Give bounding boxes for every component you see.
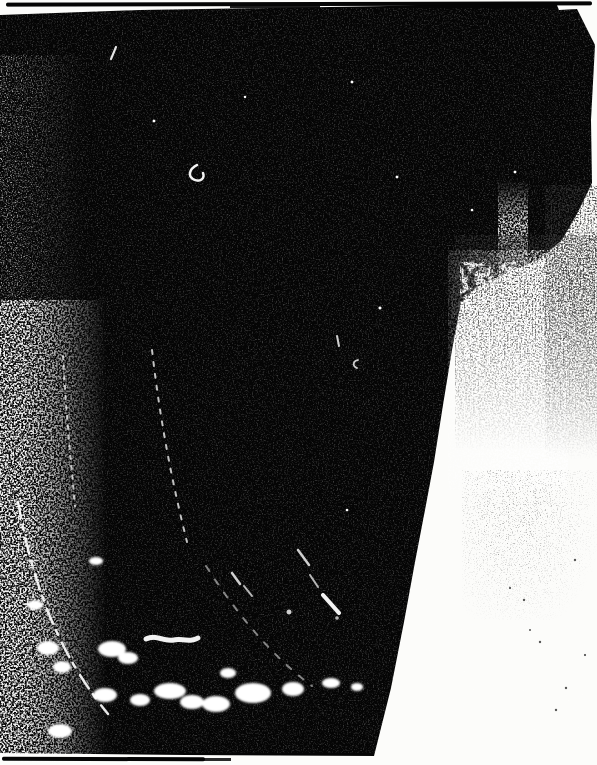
black-speck-overlay bbox=[0, 0, 597, 765]
photocopy-page bbox=[0, 0, 597, 765]
bottom-rule-fragment bbox=[203, 758, 231, 761]
bottom-rule bbox=[2, 757, 205, 762]
black-speck-dots bbox=[509, 559, 586, 711]
